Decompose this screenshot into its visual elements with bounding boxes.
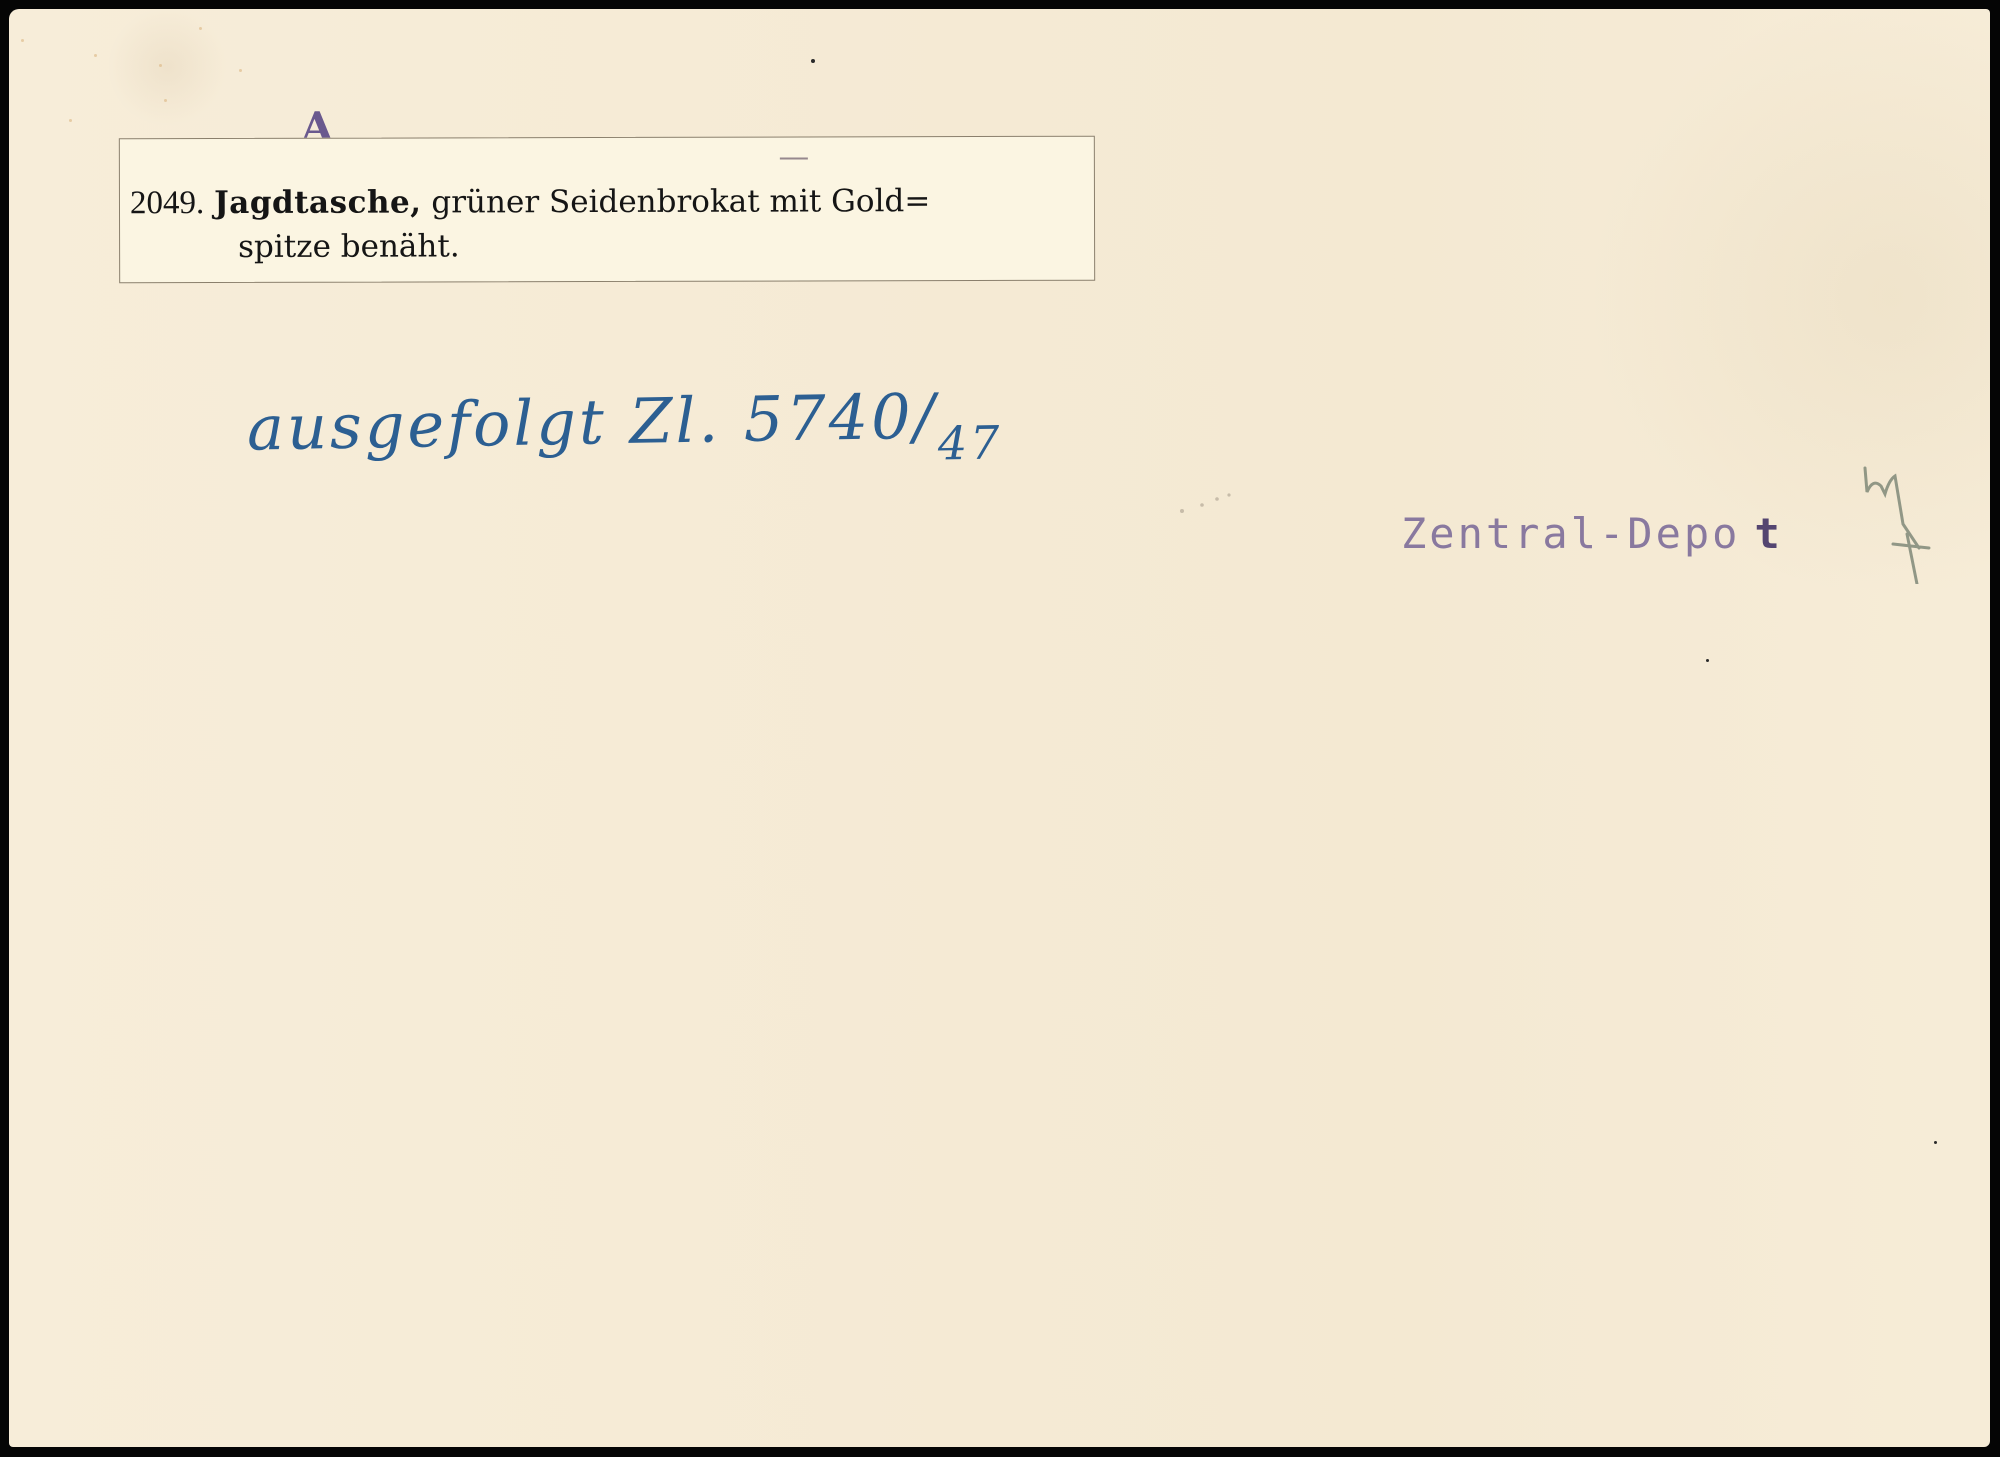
catalog-number: 2049. — [130, 185, 204, 221]
paper-speck — [69, 119, 72, 122]
catalog-label: 2049. Jagdtasche, grüner Seidenbrokat mi… — [119, 136, 1095, 284]
handwritten-note: ausgefolgt Zl. 5740/47 — [246, 380, 1002, 468]
item-description-line2: spitze benäht. — [130, 223, 930, 269]
paper-speck — [21, 39, 24, 42]
paper-speck — [94, 54, 97, 57]
ink-smudge — [1177, 489, 1237, 519]
ink-dash — [780, 157, 808, 159]
pencil-mark-icon — [1859, 464, 1939, 584]
depot-stamp-text: Zentral-Depo — [1401, 509, 1740, 558]
ink-dot — [1934, 1141, 1937, 1144]
paper-speck — [164, 99, 167, 102]
paper-speck — [199, 27, 202, 30]
item-title: Jagdtasche, — [214, 184, 421, 221]
depot-stamp-last-letter: t — [1754, 509, 1782, 558]
item-description-line1: grüner Seidenbrokat mit Gold= — [431, 183, 930, 220]
paper-speck — [239, 69, 242, 72]
handwritten-note-main: ausgefolgt Zl. 5740/ — [246, 380, 938, 465]
index-card: A R 2049. Jagdtasche, grüner Seidenbroka… — [9, 9, 1990, 1447]
catalog-entry: 2049. Jagdtasche, grüner Seidenbrokat mi… — [130, 179, 931, 269]
ink-dot — [1706, 659, 1709, 662]
handwritten-note-year: 47 — [937, 415, 1002, 470]
zentral-depot-stamp: Zentral-Depot — [1401, 509, 1783, 559]
paper-speck — [159, 64, 162, 67]
ink-dot — [811, 59, 815, 63]
